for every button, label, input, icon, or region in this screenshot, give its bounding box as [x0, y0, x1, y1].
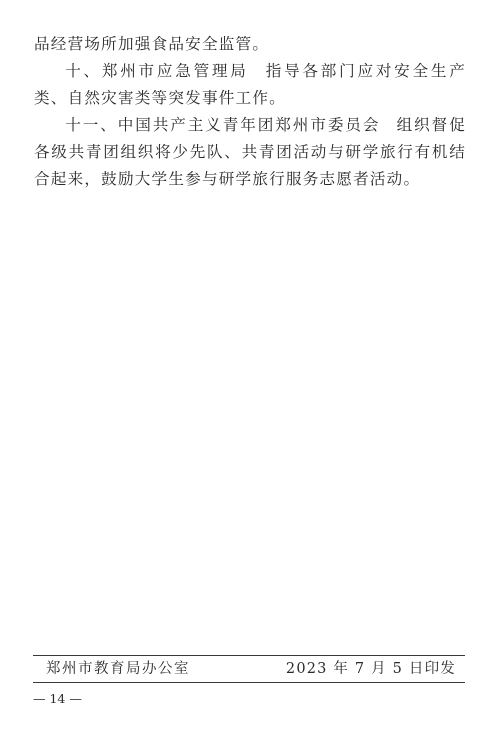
- paragraph-heading: 十、郑州市应急管理局: [65, 62, 248, 80]
- footer-bottom-rule: [33, 682, 465, 683]
- footer-issuer: 郑州市教育局办公室: [46, 659, 190, 679]
- footer-issue-date: 2023 年 7 月 5 日印发: [286, 659, 456, 679]
- document-body: 品经营场所加强食品安全监管。 十、郑州市应急管理局指导各部门应对安全生产类、自然…: [34, 31, 466, 193]
- footer-top-rule: [33, 655, 465, 656]
- page-number: — 14 —: [33, 690, 82, 708]
- document-page: 品经营场所加强食品安全监管。 十、郑州市应急管理局指导各部门应对安全生产类、自然…: [0, 0, 500, 733]
- paragraph-continuation: 品经营场所加强食品安全监管。: [34, 31, 466, 58]
- paragraph-emergency-management: 十、郑州市应急管理局指导各部门应对安全生产类、自然灾害类等突发事件工作。: [34, 58, 466, 112]
- paragraph-text: 品经营场所加强食品安全监管。: [34, 35, 269, 53]
- paragraph-youth-league: 十一、中国共产主义青年团郑州市委员会组织督促各级共青团组织将少先队、共青团活动与…: [34, 112, 466, 193]
- paragraph-heading: 十一、中国共产主义青年团郑州市委员会: [65, 116, 380, 134]
